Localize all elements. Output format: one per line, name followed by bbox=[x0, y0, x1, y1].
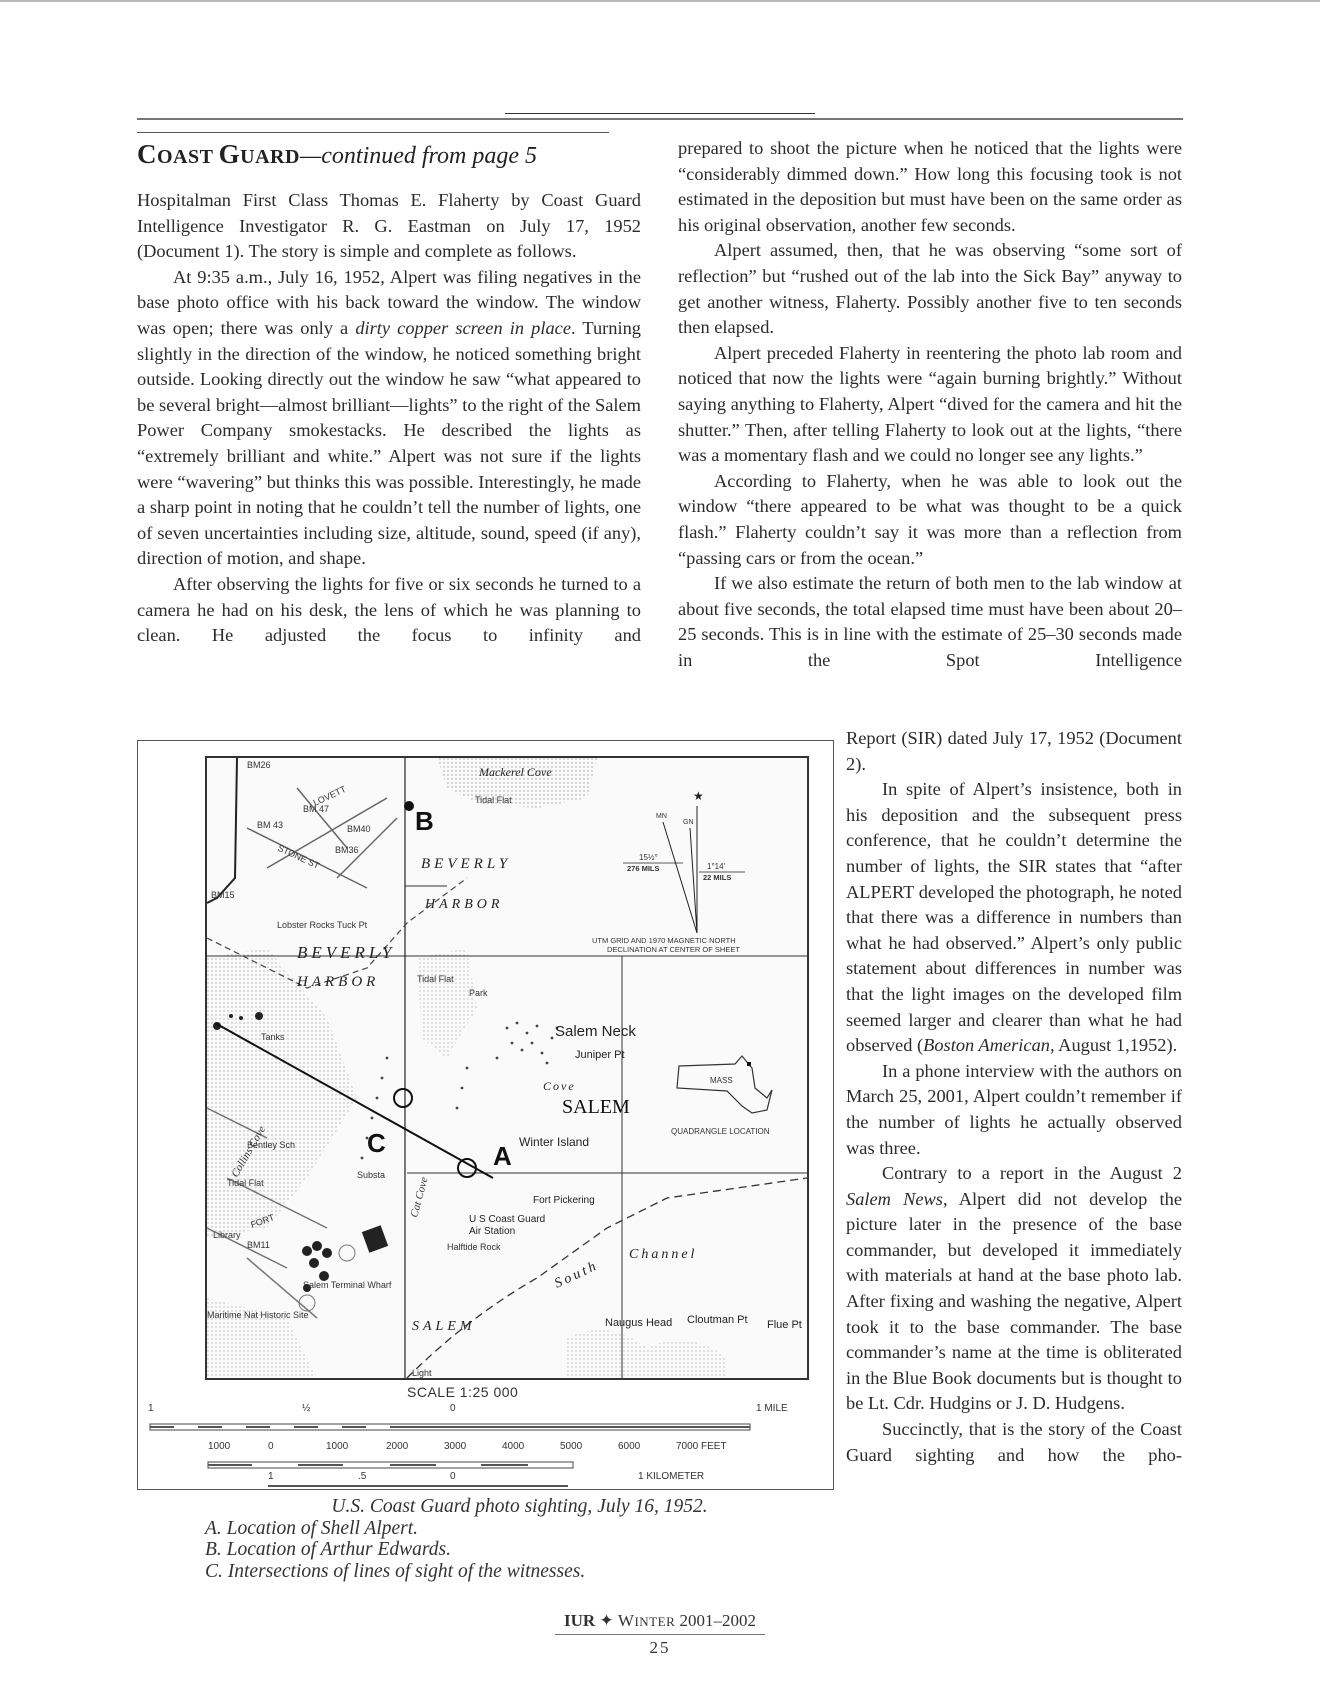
svg-text:MASS: MASS bbox=[710, 1076, 733, 1085]
topographic-map: ★ MN GN 15½° 276 MILS 1°14' 22 MILS UTM … bbox=[205, 756, 809, 1380]
svg-text:Channel: Channel bbox=[629, 1247, 697, 1262]
heading-smallcaps: UARD bbox=[240, 146, 300, 168]
svg-text:HARBOR: HARBOR bbox=[296, 974, 379, 990]
heading-letter: C bbox=[137, 139, 157, 169]
issue-years: 2001–2002 bbox=[680, 1611, 757, 1630]
svg-text:Substa: Substa bbox=[357, 1170, 385, 1180]
svg-text:Lobster Rocks: Lobster Rocks bbox=[277, 920, 335, 930]
scale-label: 2000 bbox=[386, 1441, 408, 1452]
caption-item: C. Intersections of lines of sight of th… bbox=[137, 1561, 832, 1583]
caption-title: U.S. Coast Guard photo sighting, July 16… bbox=[137, 1496, 832, 1518]
scale-label: 1000 bbox=[208, 1441, 230, 1452]
scale-label: 6000 bbox=[618, 1441, 640, 1452]
text-run: August 1,1952). bbox=[1055, 1035, 1178, 1055]
svg-text:Winter Island: Winter Island bbox=[519, 1135, 589, 1149]
svg-text:GN: GN bbox=[683, 819, 694, 826]
svg-text:U S Coast Guard: U S Coast Guard bbox=[469, 1214, 545, 1225]
figure-caption: U.S. Coast Guard photo sighting, July 16… bbox=[137, 1496, 832, 1582]
caption-item: A. Location of Shell Alpert. bbox=[137, 1518, 832, 1540]
svg-text:Tanks: Tanks bbox=[261, 1032, 285, 1042]
paragraph: According to Flaherty, when he was able … bbox=[678, 469, 1182, 571]
svg-text:Park: Park bbox=[469, 988, 488, 998]
scale-label: 4000 bbox=[502, 1441, 524, 1452]
header-rule bbox=[137, 118, 1183, 120]
svg-text:BM36: BM36 bbox=[335, 845, 359, 855]
map-scale-bar: SCALE 1:25 000 1 ½ 0 1 MILE 1000 0 1000 … bbox=[138, 1379, 833, 1487]
svg-text:15½°: 15½° bbox=[639, 853, 658, 862]
map-figure: ★ MN GN 15½° 276 MILS 1°14' 22 MILS UTM … bbox=[137, 740, 834, 1490]
svg-text:C: C bbox=[367, 1128, 386, 1158]
svg-text:BM15: BM15 bbox=[211, 890, 235, 900]
paragraph: Report (SIR) dated July 17, 1952 (Docume… bbox=[846, 726, 1182, 777]
svg-text:UTM GRID AND 1970 MAGNETIC NOR: UTM GRID AND 1970 MAGNETIC NORTH bbox=[592, 936, 736, 945]
svg-text:BM 43: BM 43 bbox=[257, 820, 283, 830]
paragraph: If we also estimate the return of both m… bbox=[678, 571, 1182, 673]
svg-text:Library: Library bbox=[213, 1230, 241, 1240]
svg-text:BM40: BM40 bbox=[347, 824, 371, 834]
svg-text:LOVETT: LOVETT bbox=[312, 784, 348, 808]
scale-label: 1000 bbox=[326, 1441, 348, 1452]
season-rest: INTER bbox=[634, 1614, 675, 1629]
heading-smallcaps: OAST bbox=[157, 146, 219, 168]
caption-item: B. Location of Arthur Edwards. bbox=[137, 1539, 832, 1561]
text-run: , Alpert did not develop the picture lat… bbox=[846, 1189, 1182, 1414]
footer-journal-line: IUR ✦ WINTER 2001–2002 bbox=[555, 1611, 765, 1631]
heading-letter: G bbox=[219, 139, 241, 169]
emphasis-text: Salem News bbox=[846, 1189, 943, 1209]
svg-text:Cat Cove: Cat Cove bbox=[408, 1176, 430, 1219]
season-initial: W bbox=[618, 1611, 635, 1630]
svg-text:STONE ST: STONE ST bbox=[276, 843, 321, 871]
paragraph: At 9:35 a.m., July 16, 1952, Alpert was … bbox=[137, 265, 641, 572]
paragraph: Succinctly, that is the story of the Coa… bbox=[846, 1417, 1182, 1468]
svg-text:Cove: Cove bbox=[543, 1079, 576, 1093]
svg-text:B: B bbox=[415, 806, 434, 836]
scale-label: 1 KILOMETER bbox=[638, 1471, 704, 1482]
svg-text:Maritime Nat Historic Site: Maritime Nat Historic Site bbox=[207, 1310, 309, 1320]
svg-text:Fort Pickering: Fort Pickering bbox=[533, 1195, 595, 1206]
article-heading: COAST GUARD—continued from page 5 bbox=[137, 139, 537, 170]
svg-text:DECLINATION AT CENTER OF SHEET: DECLINATION AT CENTER OF SHEET bbox=[607, 945, 740, 954]
scale-label: 5000 bbox=[560, 1441, 582, 1452]
svg-text:SALEM: SALEM bbox=[562, 1096, 630, 1118]
svg-text:Juniper Pt: Juniper Pt bbox=[575, 1049, 625, 1061]
section-rule bbox=[137, 132, 609, 133]
text-run: Contrary to a report in the August 2 bbox=[882, 1163, 1182, 1183]
right-column: prepared to shoot the picture when he no… bbox=[678, 136, 1182, 673]
scale-label: 0 bbox=[268, 1441, 274, 1452]
paragraph: In spite of Alpert’s insistence, both in… bbox=[846, 777, 1182, 1059]
svg-text:Halftide Rock: Halftide Rock bbox=[447, 1242, 501, 1252]
svg-text:Light: Light bbox=[412, 1368, 432, 1378]
diamond-separator-icon: ✦ bbox=[599, 1611, 613, 1630]
scale-label: 1 MILE bbox=[756, 1403, 788, 1414]
page-top-edge bbox=[0, 0, 1320, 2]
svg-text:Tidal Flat: Tidal Flat bbox=[227, 1178, 264, 1188]
paragraph: Contrary to a report in the August 2 Sal… bbox=[846, 1161, 1182, 1417]
svg-text:276 MILS: 276 MILS bbox=[627, 864, 660, 873]
svg-text:Tidal Flat: Tidal Flat bbox=[417, 974, 454, 984]
svg-text:South: South bbox=[552, 1258, 601, 1291]
svg-text:MN: MN bbox=[656, 813, 667, 820]
svg-text:Flue Pt: Flue Pt bbox=[767, 1319, 802, 1331]
paragraph: Hospitalman First Class Thomas E. Flaher… bbox=[137, 188, 641, 265]
text-run: . Turning slightly in the direction of t… bbox=[137, 318, 641, 568]
svg-text:BEVERLY: BEVERLY bbox=[297, 943, 396, 962]
paragraph: Alpert preceded Flaherty in reentering t… bbox=[678, 341, 1182, 469]
emphasis-text: dirty copper screen in place bbox=[355, 318, 571, 338]
scale-label: .5 bbox=[358, 1471, 366, 1482]
journal-name: IUR bbox=[564, 1611, 595, 1630]
svg-text:Mackerel Cove: Mackerel Cove bbox=[478, 765, 552, 779]
emphasis-text: Boston American, bbox=[923, 1035, 1054, 1055]
paragraph: In a phone interview with the authors on… bbox=[846, 1059, 1182, 1161]
scale-label: ½ bbox=[302, 1403, 310, 1414]
page-number: 25 bbox=[555, 1638, 765, 1658]
scale-label: 7000 FEET bbox=[676, 1441, 727, 1452]
right-column-narrow: Report (SIR) dated July 17, 1952 (Docume… bbox=[846, 726, 1182, 1468]
issue-season: WINTER bbox=[618, 1614, 675, 1629]
svg-text:HARBOR: HARBOR bbox=[424, 897, 503, 912]
svg-text:★: ★ bbox=[693, 789, 704, 803]
svg-text:QUADRANGLE LOCATION: QUADRANGLE LOCATION bbox=[671, 1127, 770, 1136]
svg-text:Tuck Pt: Tuck Pt bbox=[337, 920, 368, 930]
paragraph: prepared to shoot the picture when he no… bbox=[678, 136, 1182, 238]
scale-label: 0 bbox=[450, 1471, 456, 1482]
footer-rule bbox=[555, 1634, 765, 1635]
left-column: Hospitalman First Class Thomas E. Flaher… bbox=[137, 188, 641, 649]
paragraph: Alpert assumed, then, that he was observ… bbox=[678, 238, 1182, 340]
continued-from-note: —continued from page 5 bbox=[300, 143, 537, 169]
page-footer: IUR ✦ WINTER 2001–2002 25 bbox=[555, 1611, 765, 1658]
svg-text:A: A bbox=[493, 1141, 512, 1171]
svg-text:Tidal Flat: Tidal Flat bbox=[475, 795, 512, 805]
paragraph: After observing the lights for five or s… bbox=[137, 572, 641, 649]
svg-text:Air Station: Air Station bbox=[469, 1226, 515, 1237]
header-center-rule bbox=[505, 113, 815, 114]
svg-text:BM11: BM11 bbox=[247, 1240, 270, 1250]
svg-text:22 MILS: 22 MILS bbox=[703, 873, 731, 882]
svg-text:BEVERLY: BEVERLY bbox=[421, 856, 511, 872]
scale-label: 1 bbox=[268, 1471, 274, 1482]
scale-label: 0 bbox=[450, 1403, 456, 1414]
svg-text:Salem Terminal Wharf: Salem Terminal Wharf bbox=[303, 1280, 392, 1290]
svg-text:Salem Neck: Salem Neck bbox=[555, 1023, 636, 1040]
text-run: In spite of Alpert’s insistence, both in… bbox=[846, 779, 1182, 1055]
svg-text:BM26: BM26 bbox=[247, 760, 271, 770]
scale-label: 1 bbox=[148, 1403, 154, 1414]
svg-text:1°14': 1°14' bbox=[707, 862, 726, 871]
svg-text:Naugus Head: Naugus Head bbox=[605, 1317, 672, 1329]
scale-label: 3000 bbox=[444, 1441, 466, 1452]
svg-text:SALEM: SALEM bbox=[412, 1319, 476, 1334]
svg-text:Cloutman Pt: Cloutman Pt bbox=[687, 1314, 748, 1326]
